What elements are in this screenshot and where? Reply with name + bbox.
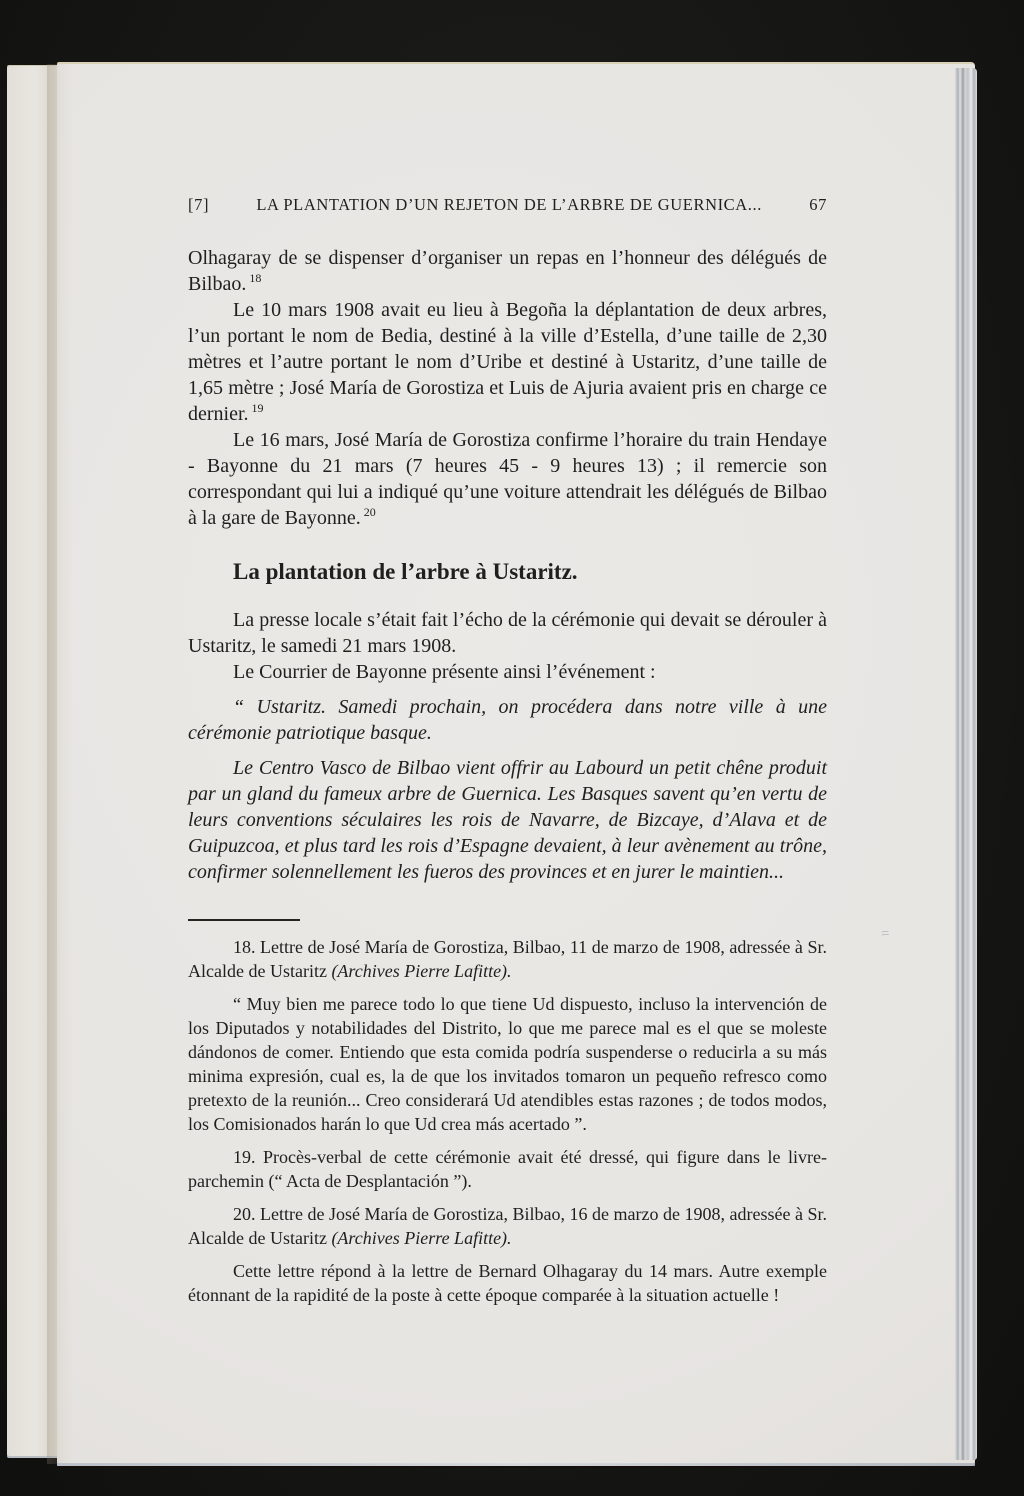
margin-mark: = [880, 926, 891, 944]
footnote-18: 18. Lettre de José María de Gorostiza, B… [188, 935, 827, 983]
footnote-ref-19: 19 [252, 401, 264, 415]
quote-paragraph-centro-vasco: Le Centro Vasco de Bilbao vient offrir a… [188, 755, 827, 885]
book-page: [7] LA PLANTATION D’UN REJETON DE L’ARBR… [57, 62, 975, 1464]
bottom-page-stack-edge [57, 1463, 975, 1466]
body-paragraph-olhagaray: Olhagaray de se dispenser d’organiser un… [188, 245, 827, 297]
page-number: 67 [809, 195, 827, 215]
page-header: [7] LA PLANTATION D’UN REJETON DE L’ARBR… [188, 195, 827, 215]
fore-edge-pages [955, 68, 977, 1460]
page-content: [7] LA PLANTATION D’UN REJETON DE L’ARBR… [57, 64, 975, 1464]
paragraph-text: Olhagaray de se dispenser d’organiser un… [188, 247, 827, 295]
footnote-18-quote: “ Muy bien me parece todo lo que tiene U… [188, 992, 827, 1136]
section-marker: [7] [188, 195, 209, 215]
footnote-source: (Archives Pierre Lafitte). [331, 1228, 511, 1248]
footnote-ref-20: 20 [364, 505, 376, 519]
body-paragraph-16-mars: Le 16 mars, José María de Gorostiza conf… [188, 427, 827, 531]
body-paragraph-10-mars: Le 10 mars 1908 avait eu lieu à Begoña l… [188, 297, 827, 427]
running-title: LA PLANTATION D’UN REJETON DE L’ARBRE DE… [209, 195, 809, 215]
footnote-19: 19. Procès-verbal de cette cérémonie ava… [188, 1145, 827, 1193]
footnote-20-note: Cette lettre répond à la lettre de Berna… [188, 1259, 827, 1307]
paragraph-text: Le 10 mars 1908 avait eu lieu à Begoña l… [188, 299, 827, 425]
footnote-separator [188, 919, 300, 921]
footnote-20: 20. Lettre de José María de Gorostiza, B… [188, 1202, 827, 1250]
section-heading: La plantation de l’arbre à Ustaritz. [188, 557, 827, 587]
footnote-ref-18: 18 [249, 271, 261, 285]
body-paragraph-courrier: Le Courrier de Bayonne présente ainsi l’… [188, 659, 827, 685]
quote-paragraph-ustaritz: “ Ustaritz. Samedi prochain, on procéder… [188, 694, 827, 746]
footnote-source: (Archives Pierre Lafitte). [331, 961, 511, 981]
body-paragraph-presse: La presse locale s’était fait l’écho de … [188, 607, 827, 659]
paragraph-text: Le 16 mars, José María de Gorostiza conf… [188, 429, 827, 529]
